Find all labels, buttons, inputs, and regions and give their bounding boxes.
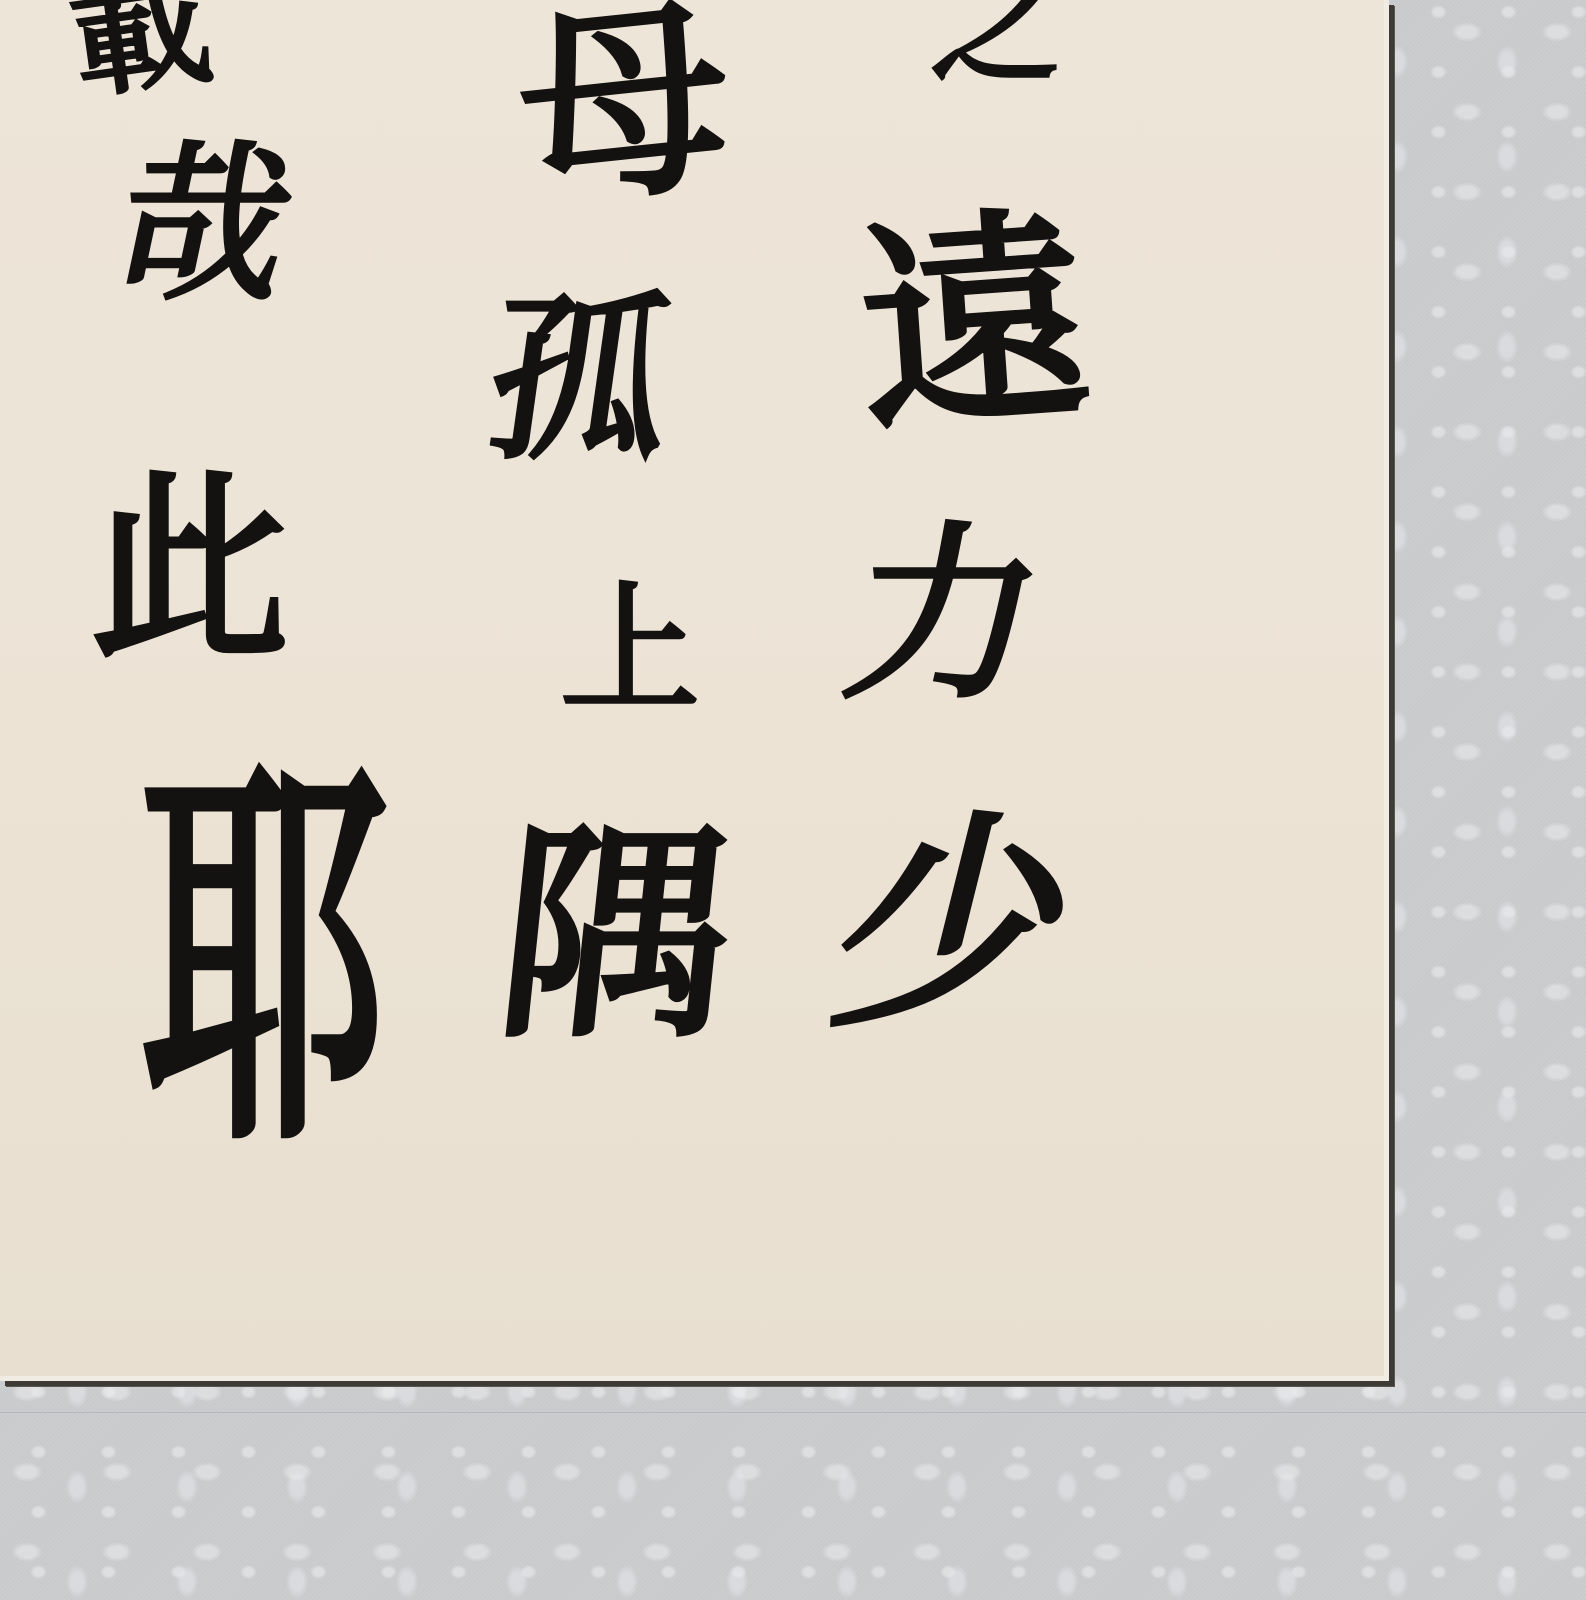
character: 之 bbox=[930, 0, 1060, 90]
character: 哉 bbox=[102, 140, 308, 310]
character: 遠 bbox=[852, 202, 1097, 447]
mount-seam bbox=[0, 1412, 1586, 1413]
character: 此 bbox=[90, 470, 290, 670]
calligraphy-paper: 之 遠 力 少 母 孤 上 隅 載 哉 此 耶 bbox=[0, 0, 1389, 1381]
character: 耶 bbox=[140, 760, 390, 1160]
character: 母 bbox=[510, 0, 741, 220]
character: 載 bbox=[61, 0, 219, 109]
character: 孤 bbox=[477, 290, 682, 470]
character: 上 bbox=[560, 580, 700, 720]
character: 力 bbox=[833, 520, 1057, 710]
character: 少 bbox=[811, 810, 1098, 1040]
character: 隅 bbox=[488, 820, 742, 1050]
